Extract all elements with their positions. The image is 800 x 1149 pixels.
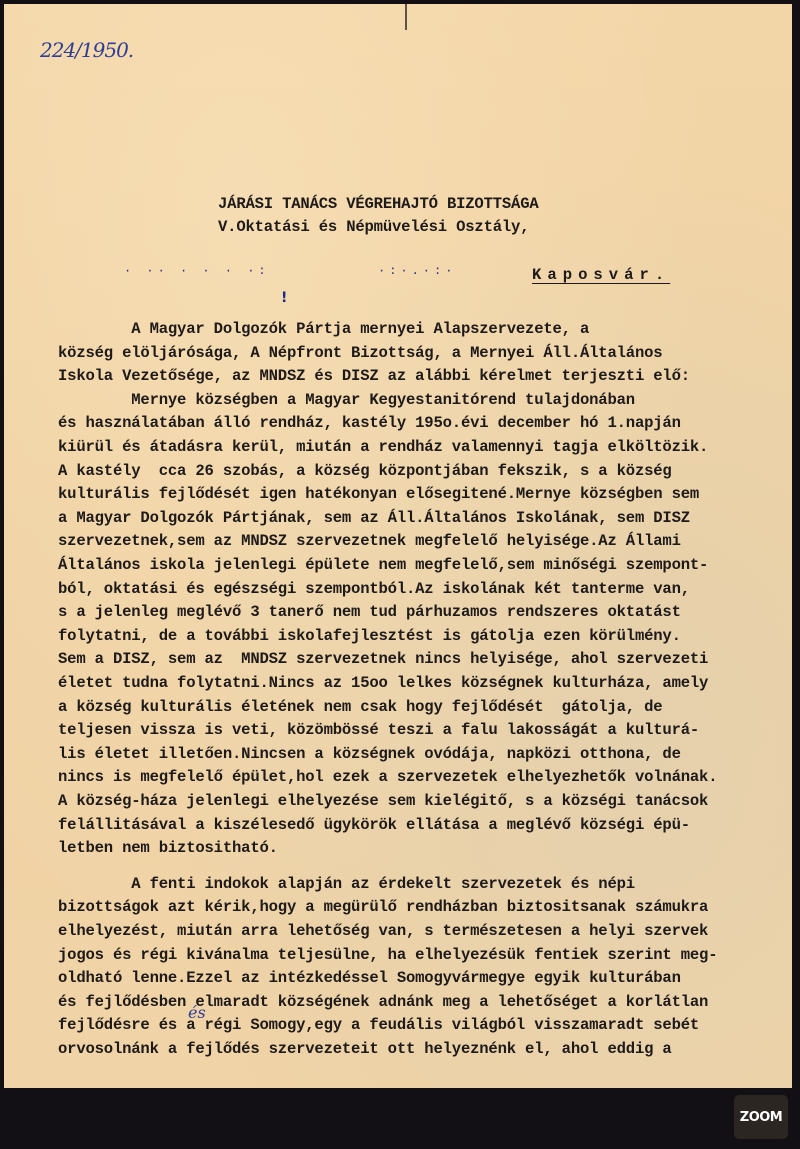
body-line: bizottságok azt kérik,hogy a megürülő re…: [58, 898, 708, 916]
page-fold-mark: [405, 4, 407, 30]
body-line: A fenti indokok alapján az érdekelt szer…: [58, 875, 635, 893]
body-line: folytatni, de a további iskolafejlesztés…: [58, 627, 681, 645]
body-line: elhelyezést, miután arra lehetőség van, …: [58, 922, 708, 940]
body-line: Sem a DISZ, sem az MNDSZ szervezetnek ni…: [58, 650, 708, 668]
body-line: letben nem biztositható.: [58, 839, 278, 857]
body-line: jogos és régi kivánalma teljesülne, ha e…: [58, 946, 717, 964]
body-line: felállitásával a kiszélesedő ügykörök el…: [58, 816, 690, 834]
body-line: Iskola Vezetősége, az MNDSZ és DISZ az a…: [58, 367, 690, 385]
body-line: és használatában álló rendház, kastély 1…: [58, 414, 681, 432]
body-line: teljesen vissza is veti, közömbössé tesz…: [58, 721, 699, 739]
zoom-logo: ZOOM: [734, 1095, 788, 1139]
body-line: ból, oktatási és egészségi szempontból.A…: [58, 580, 690, 598]
body-line: A község-háza jelenlegi elhelyezése sem …: [58, 792, 708, 810]
body-line: és fejlődésben elmaradt községének adnán…: [58, 993, 708, 1011]
stamp-dots-left: · ·· · · · ·:: [124, 264, 270, 278]
letterhead-title: JÁRÁSI TANÁCS VÉGREHAJTÓ BIZOTTSÁGA: [218, 195, 539, 213]
body-line: A Magyar Dolgozók Pártja mernyei Alapsze…: [58, 320, 589, 338]
body-line: orvosolnánk a fejlődés szervezeteit ott …: [58, 1040, 672, 1058]
body-line: életet tudna folytatni.Nincs az 15oo lel…: [58, 674, 708, 692]
city-name: Kaposvár.: [532, 266, 670, 284]
letterhead-department: V.Oktatási és Népmüvelési Osztály,: [218, 218, 529, 236]
handwritten-file-number: 224/1950.: [40, 38, 133, 62]
body-line: A kastély cca 26 szobás, a község közpon…: [58, 462, 672, 480]
body-line: lis életet illetően.Nincsen a községnek …: [58, 745, 681, 763]
body-line: szervezetnek,sem az MNDSZ szervezetnek m…: [58, 532, 681, 550]
body-line: Mernye községben a Magyar Kegyestanitóre…: [58, 391, 635, 409]
body-line: a község kulturális életének nem csak ho…: [58, 698, 662, 716]
body-line: a Magyar Dolgozók Pártjának, sem az Áll.…: [58, 509, 690, 527]
body-line: kulturális fejlődését igen hatékonyan el…: [58, 485, 699, 503]
body-line: s a jelenleg meglévő 3 tanerő nem tud pá…: [58, 603, 681, 621]
stamp-mark: !: [281, 290, 287, 306]
body-line: Általános iskola jelenlegi épülete nem m…: [58, 556, 708, 574]
zoom-logo-text: ZOOM: [740, 1110, 782, 1125]
body-line: nincs is megfelelő épület,hol ezek a sze…: [58, 768, 717, 786]
handwritten-insert: és: [188, 1003, 206, 1022]
body-line: fejlődésre és a régi Somogy,egy a feudál…: [58, 1016, 699, 1034]
stamp-dots-right: ·:·.·:·: [378, 264, 456, 278]
body-line: kiürül és átadásra kerül, miután a rendh…: [58, 438, 708, 456]
body-line: oldható lenne.Ezzel az intézkedéssel Som…: [58, 969, 681, 987]
body-line: község elöljárósága, A Népfront Bizottsá…: [58, 344, 662, 362]
